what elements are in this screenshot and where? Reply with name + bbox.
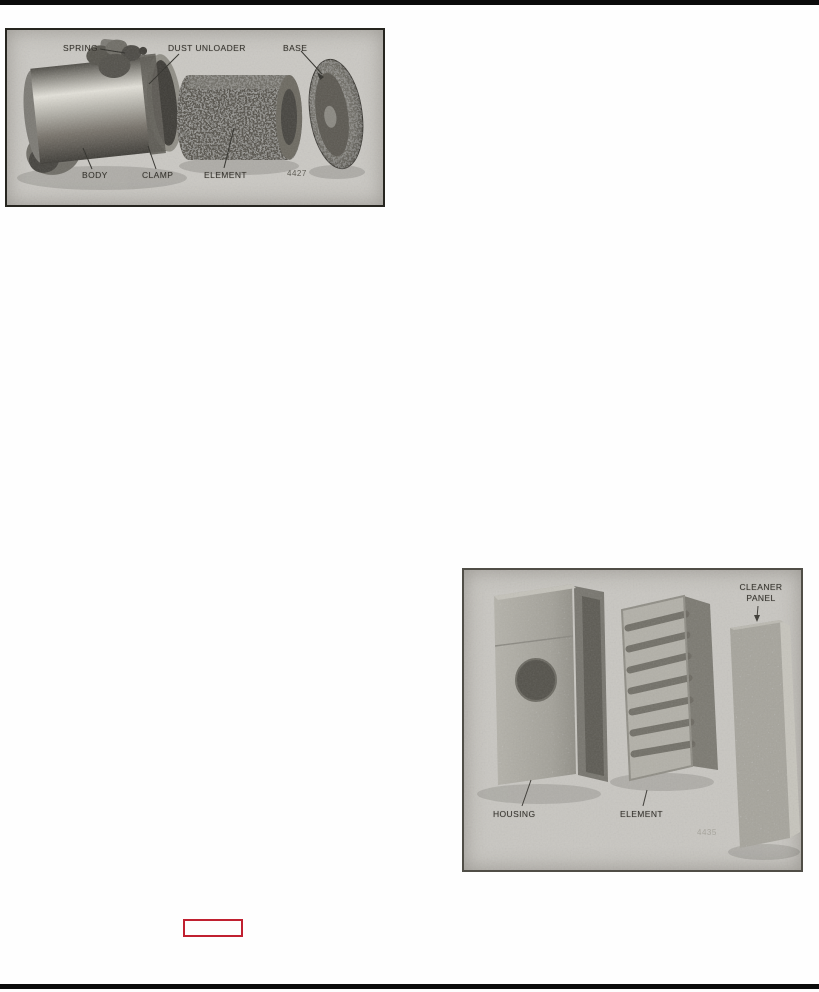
label-spring: SPRING xyxy=(63,43,98,53)
scanned-manual-page: SPRING DUST UNLOADER BASE BODY CLAMP ELE… xyxy=(0,0,819,992)
link-hotspot-box[interactable] xyxy=(183,919,243,937)
figure-cylindrical-air-cleaner: SPRING DUST UNLOADER BASE BODY CLAMP ELE… xyxy=(5,28,385,207)
label-cleaner-panel-line1: CLEANER xyxy=(740,582,783,592)
panel-air-cleaner-illustration xyxy=(464,570,801,870)
label-element: ELEMENT xyxy=(620,809,663,819)
photo-grain-overlay xyxy=(7,30,383,205)
top-page-rule xyxy=(0,0,819,5)
label-element: ELEMENT xyxy=(204,170,247,180)
label-cleaner-panel: CLEANERPANEL xyxy=(730,582,792,604)
label-clamp: CLAMP xyxy=(142,170,173,180)
cylindrical-air-cleaner-illustration xyxy=(7,30,383,205)
label-body: BODY xyxy=(82,170,108,180)
figure-number: 4427 xyxy=(287,169,307,178)
figure-panel-air-cleaner: CLEANERPANEL HOUSING ELEMENT 4435 xyxy=(462,568,803,872)
bottom-page-rule xyxy=(0,984,819,989)
label-dust-unloader: DUST UNLOADER xyxy=(168,43,246,53)
label-cleaner-panel-line2: PANEL xyxy=(746,593,775,603)
label-housing: HOUSING xyxy=(493,809,535,819)
photo-grain-overlay xyxy=(464,570,801,870)
label-base: BASE xyxy=(283,43,307,53)
figure-number: 4435 xyxy=(697,828,717,837)
